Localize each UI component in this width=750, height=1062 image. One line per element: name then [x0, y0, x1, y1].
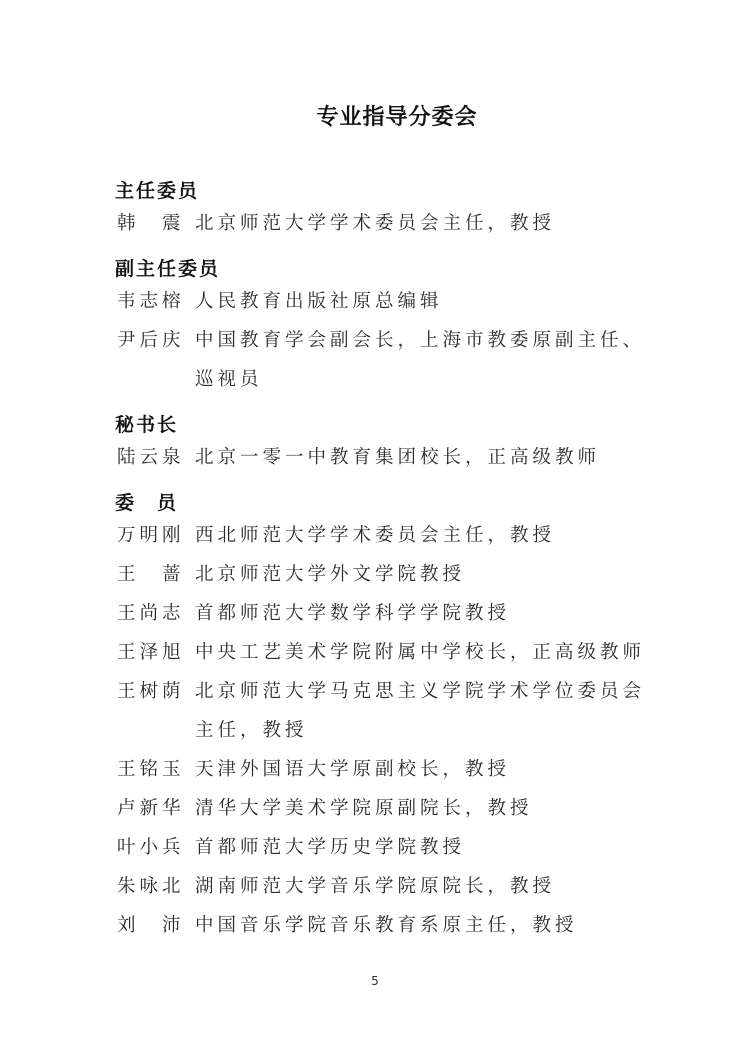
member-desc: 中国音乐学院音乐教育系原主任，教授: [195, 906, 655, 945]
member-name: 王泽旭: [115, 633, 195, 672]
member-desc: 中国教育学会副会长，上海市教委原副主任、巡视员: [195, 321, 655, 399]
section-heading: 副主任委员: [115, 256, 655, 282]
member-desc: 人民教育出版社原总编辑: [195, 282, 655, 321]
member-name: 韩 震: [115, 204, 195, 243]
member-row: 王铭玉 天津外国语大学原副校长，教授: [115, 750, 655, 789]
member-row: 朱咏北 湖南师范大学音乐学院原院长，教授: [115, 867, 655, 906]
section-heading: 主任委员: [115, 178, 655, 204]
member-desc: 西北师范大学学术委员会主任，教授: [195, 516, 655, 555]
page-title: 专业指导分委会: [0, 100, 750, 131]
member-row: 陆云泉 北京一零一中教育集团校长，正高级教师: [115, 438, 655, 477]
section-secretary-general: 秘书长 陆云泉 北京一零一中教育集团校长，正高级教师: [115, 412, 655, 477]
member-desc: 天津外国语大学原副校长，教授: [195, 750, 655, 789]
member-row: 王尚志 首都师范大学数学科学学院教授: [115, 594, 655, 633]
member-name: 朱咏北: [115, 867, 195, 906]
member-desc: 湖南师范大学音乐学院原院长，教授: [195, 867, 655, 906]
committee-list: 主任委员 韩 震 北京师范大学学术委员会主任，教授 副主任委员 韦志榕 人民教育…: [115, 178, 655, 958]
member-name: 卢新华: [115, 789, 195, 828]
member-name: 王尚志: [115, 594, 195, 633]
member-name: 刘 沛: [115, 906, 195, 945]
member-row: 王树荫 北京师范大学马克思主义学院学术学位委员会主任，教授: [115, 672, 655, 750]
section-director: 主任委员 韩 震 北京师范大学学术委员会主任，教授: [115, 178, 655, 243]
member-desc: 北京一零一中教育集团校长，正高级教师: [195, 438, 655, 477]
member-row: 万明刚 西北师范大学学术委员会主任，教授: [115, 516, 655, 555]
section-heading: 委 员: [115, 490, 655, 516]
member-row: 尹后庆 中国教育学会副会长，上海市教委原副主任、巡视员: [115, 321, 655, 399]
member-name: 王铭玉: [115, 750, 195, 789]
member-row: 王泽旭 中央工艺美术学院附属中学校长，正高级教师: [115, 633, 655, 672]
section-heading: 秘书长: [115, 412, 655, 438]
member-desc: 清华大学美术学院原副院长，教授: [195, 789, 655, 828]
member-name: 陆云泉: [115, 438, 195, 477]
section-members: 委 员 万明刚 西北师范大学学术委员会主任，教授 王 蔷 北京师范大学外文学院教…: [115, 490, 655, 945]
member-name: 王 蔷: [115, 555, 195, 594]
member-row: 卢新华 清华大学美术学院原副院长，教授: [115, 789, 655, 828]
member-name: 王树荫: [115, 672, 195, 750]
member-desc: 北京师范大学马克思主义学院学术学位委员会主任，教授: [195, 672, 655, 750]
member-name: 万明刚: [115, 516, 195, 555]
member-desc: 北京师范大学学术委员会主任，教授: [195, 204, 655, 243]
member-desc: 中央工艺美术学院附属中学校长，正高级教师: [195, 633, 655, 672]
member-row: 叶小兵 首都师范大学历史学院教授: [115, 828, 655, 867]
member-row: 刘 沛 中国音乐学院音乐教育系原主任，教授: [115, 906, 655, 945]
member-name: 叶小兵: [115, 828, 195, 867]
page-number: 5: [0, 974, 750, 988]
member-desc: 北京师范大学外文学院教授: [195, 555, 655, 594]
member-desc: 首都师范大学历史学院教授: [195, 828, 655, 867]
member-row: 韦志榕 人民教育出版社原总编辑: [115, 282, 655, 321]
section-deputy-director: 副主任委员 韦志榕 人民教育出版社原总编辑 尹后庆 中国教育学会副会长，上海市教…: [115, 256, 655, 399]
member-row: 王 蔷 北京师范大学外文学院教授: [115, 555, 655, 594]
member-row: 韩 震 北京师范大学学术委员会主任，教授: [115, 204, 655, 243]
member-name: 尹后庆: [115, 321, 195, 399]
member-name: 韦志榕: [115, 282, 195, 321]
member-desc: 首都师范大学数学科学学院教授: [195, 594, 655, 633]
